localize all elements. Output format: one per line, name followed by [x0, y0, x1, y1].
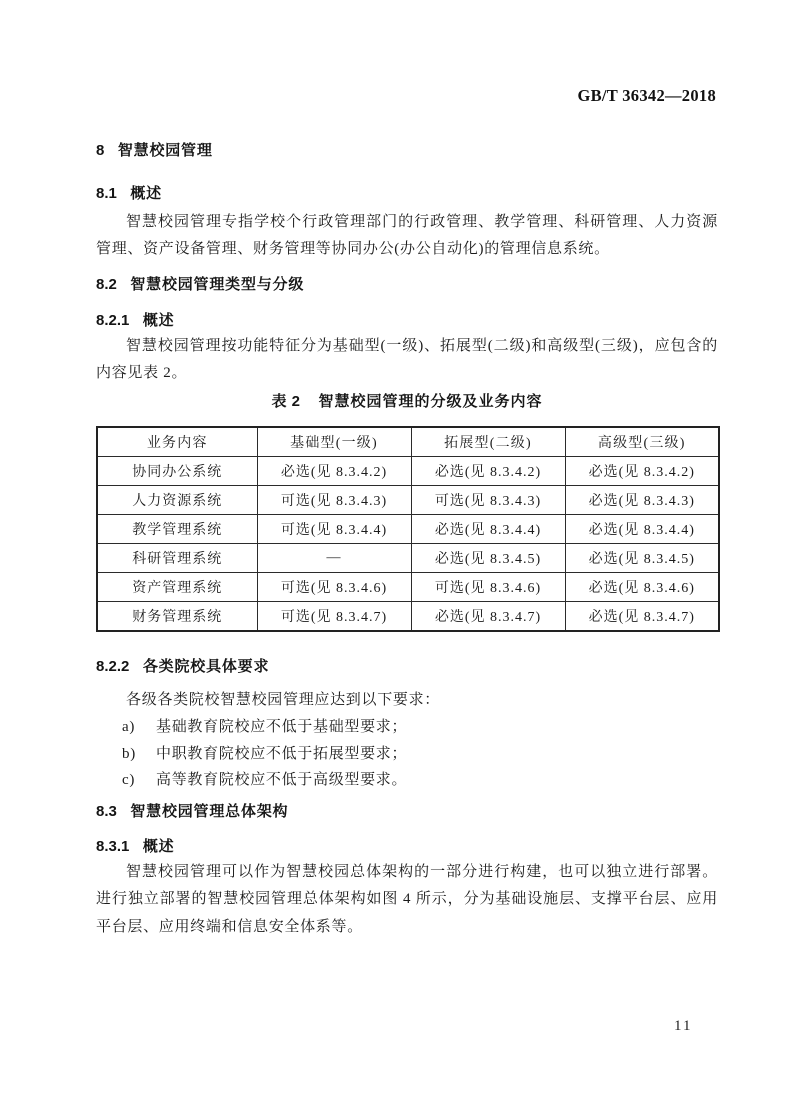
- table-cell: 可选(见 8.3.4.3): [411, 486, 565, 515]
- table-header-cell: 高级型(三级): [565, 427, 719, 457]
- table-cell: 财务管理系统: [97, 602, 257, 632]
- section-number: 8.3: [96, 803, 117, 820]
- section-number: 8.2.2: [96, 658, 129, 675]
- table-cell: 必选(见 8.3.4.4): [411, 515, 565, 544]
- document-page: GB/T 36342—2018 8智慧校园管理 8.1概述 智慧校园管理专指学校…: [0, 0, 788, 1107]
- table-cell: 必选(见 8.3.4.6): [565, 573, 719, 602]
- table-row: 科研管理系统 — 必选(见 8.3.4.5) 必选(见 8.3.4.5): [97, 544, 719, 573]
- page-number: 11: [674, 1018, 692, 1035]
- paragraph-8-2-1: 智慧校园管理按功能特征分为基础型(一级)、拓展型(二级)和高级型(三级)，应包含…: [96, 333, 718, 387]
- table-cell: 必选(见 8.3.4.2): [257, 457, 411, 486]
- list-item: c)高等教育院校应不低于高级型要求。: [96, 767, 718, 794]
- section-title: 智慧校园管理: [118, 142, 213, 159]
- list-item-marker: c): [122, 767, 156, 794]
- paragraph-8-1: 智慧校园管理专指学校个行政管理部门的行政管理、教学管理、科研管理、人力资源管理、…: [96, 209, 718, 263]
- section-8-2-1-heading: 8.2.1概述: [96, 311, 718, 331]
- table-2: 业务内容 基础型(一级) 拓展型(二级) 高级型(三级) 协同办公系统 必选(见…: [96, 426, 720, 632]
- table-cell: 协同办公系统: [97, 457, 257, 486]
- table-cell: 可选(见 8.3.4.6): [257, 573, 411, 602]
- section-title: 概述: [143, 312, 175, 329]
- requirements-list: a)基础教育院校应不低于基础型要求； b)中职教育院校应不低于拓展型要求； c)…: [96, 714, 718, 794]
- table-row: 协同办公系统 必选(见 8.3.4.2) 必选(见 8.3.4.2) 必选(见 …: [97, 457, 719, 486]
- table-cell: 必选(见 8.3.4.3): [565, 486, 719, 515]
- table-cell: 必选(见 8.3.4.2): [411, 457, 565, 486]
- list-item-marker: b): [122, 741, 156, 768]
- table-cell: 必选(见 8.3.4.4): [565, 515, 719, 544]
- table-row: 资产管理系统 可选(见 8.3.4.6) 可选(见 8.3.4.6) 必选(见 …: [97, 573, 719, 602]
- section-8-1-heading: 8.1概述: [96, 184, 718, 204]
- table-cell: 可选(见 8.3.4.7): [257, 602, 411, 632]
- section-8-3-1-heading: 8.3.1概述: [96, 837, 718, 857]
- list-item-text: 基础教育院校应不低于基础型要求；: [156, 719, 407, 735]
- list-item-text: 高等教育院校应不低于高级型要求。: [156, 772, 407, 788]
- list-item: a)基础教育院校应不低于基础型要求；: [96, 714, 718, 741]
- section-title: 概述: [143, 838, 175, 855]
- table-header-cell: 拓展型(二级): [411, 427, 565, 457]
- section-number: 8.2.1: [96, 312, 129, 329]
- paragraph-8-2-2-intro: 各级各类院校智慧校园管理应达到以下要求：: [96, 687, 718, 714]
- table-row: 人力资源系统 可选(见 8.3.4.3) 可选(见 8.3.4.3) 必选(见 …: [97, 486, 719, 515]
- table-cell: 科研管理系统: [97, 544, 257, 573]
- table-cell: 必选(见 8.3.4.2): [565, 457, 719, 486]
- table-row: 财务管理系统 可选(见 8.3.4.7) 必选(见 8.3.4.7) 必选(见 …: [97, 602, 719, 632]
- section-title: 智慧校园管理类型与分级: [130, 276, 304, 293]
- table-caption-title: 智慧校园管理的分级及业务内容: [319, 393, 543, 410]
- table-header-cell: 基础型(一级): [257, 427, 411, 457]
- page-content: 8智慧校园管理 8.1概述 智慧校园管理专指学校个行政管理部门的行政管理、教学管…: [96, 0, 718, 941]
- table-cell: —: [257, 544, 411, 573]
- section-8-2-heading: 8.2智慧校园管理类型与分级: [96, 275, 718, 295]
- table-cell: 必选(见 8.3.4.5): [565, 544, 719, 573]
- section-number: 8: [96, 142, 104, 159]
- list-item-text: 中职教育院校应不低于拓展型要求；: [156, 746, 407, 762]
- section-number: 8.3.1: [96, 838, 129, 855]
- section-8-3-heading: 8.3智慧校园管理总体架构: [96, 802, 718, 822]
- table-row: 教学管理系统 可选(见 8.3.4.4) 必选(见 8.3.4.4) 必选(见 …: [97, 515, 719, 544]
- table-cell: 必选(见 8.3.4.7): [565, 602, 719, 632]
- table-cell: 必选(见 8.3.4.7): [411, 602, 565, 632]
- section-title: 智慧校园管理总体架构: [130, 803, 288, 820]
- table-cell: 资产管理系统: [97, 573, 257, 602]
- paragraph-8-3-1: 智慧校园管理可以作为智慧校园总体架构的一部分进行构建，也可以独立进行部署。进行独…: [96, 859, 718, 942]
- table-caption-label: 表 2: [271, 393, 300, 410]
- section-8-heading: 8智慧校园管理: [96, 141, 718, 161]
- table-cell: 必选(见 8.3.4.5): [411, 544, 565, 573]
- table-2-caption: 表 2智慧校园管理的分级及业务内容: [96, 392, 718, 412]
- list-item: b)中职教育院校应不低于拓展型要求；: [96, 741, 718, 768]
- table-cell: 可选(见 8.3.4.4): [257, 515, 411, 544]
- section-8-2-2-heading: 8.2.2各类院校具体要求: [96, 657, 718, 677]
- table-cell: 可选(见 8.3.4.3): [257, 486, 411, 515]
- section-title: 概述: [130, 185, 162, 202]
- table-cell: 教学管理系统: [97, 515, 257, 544]
- table-header-row: 业务内容 基础型(一级) 拓展型(二级) 高级型(三级): [97, 427, 719, 457]
- section-title: 各类院校具体要求: [143, 658, 269, 675]
- list-item-marker: a): [122, 714, 156, 741]
- section-number: 8.2: [96, 276, 117, 293]
- section-number: 8.1: [96, 185, 117, 202]
- table-cell: 可选(见 8.3.4.6): [411, 573, 565, 602]
- table-cell: 人力资源系统: [97, 486, 257, 515]
- table-header-cell: 业务内容: [97, 427, 257, 457]
